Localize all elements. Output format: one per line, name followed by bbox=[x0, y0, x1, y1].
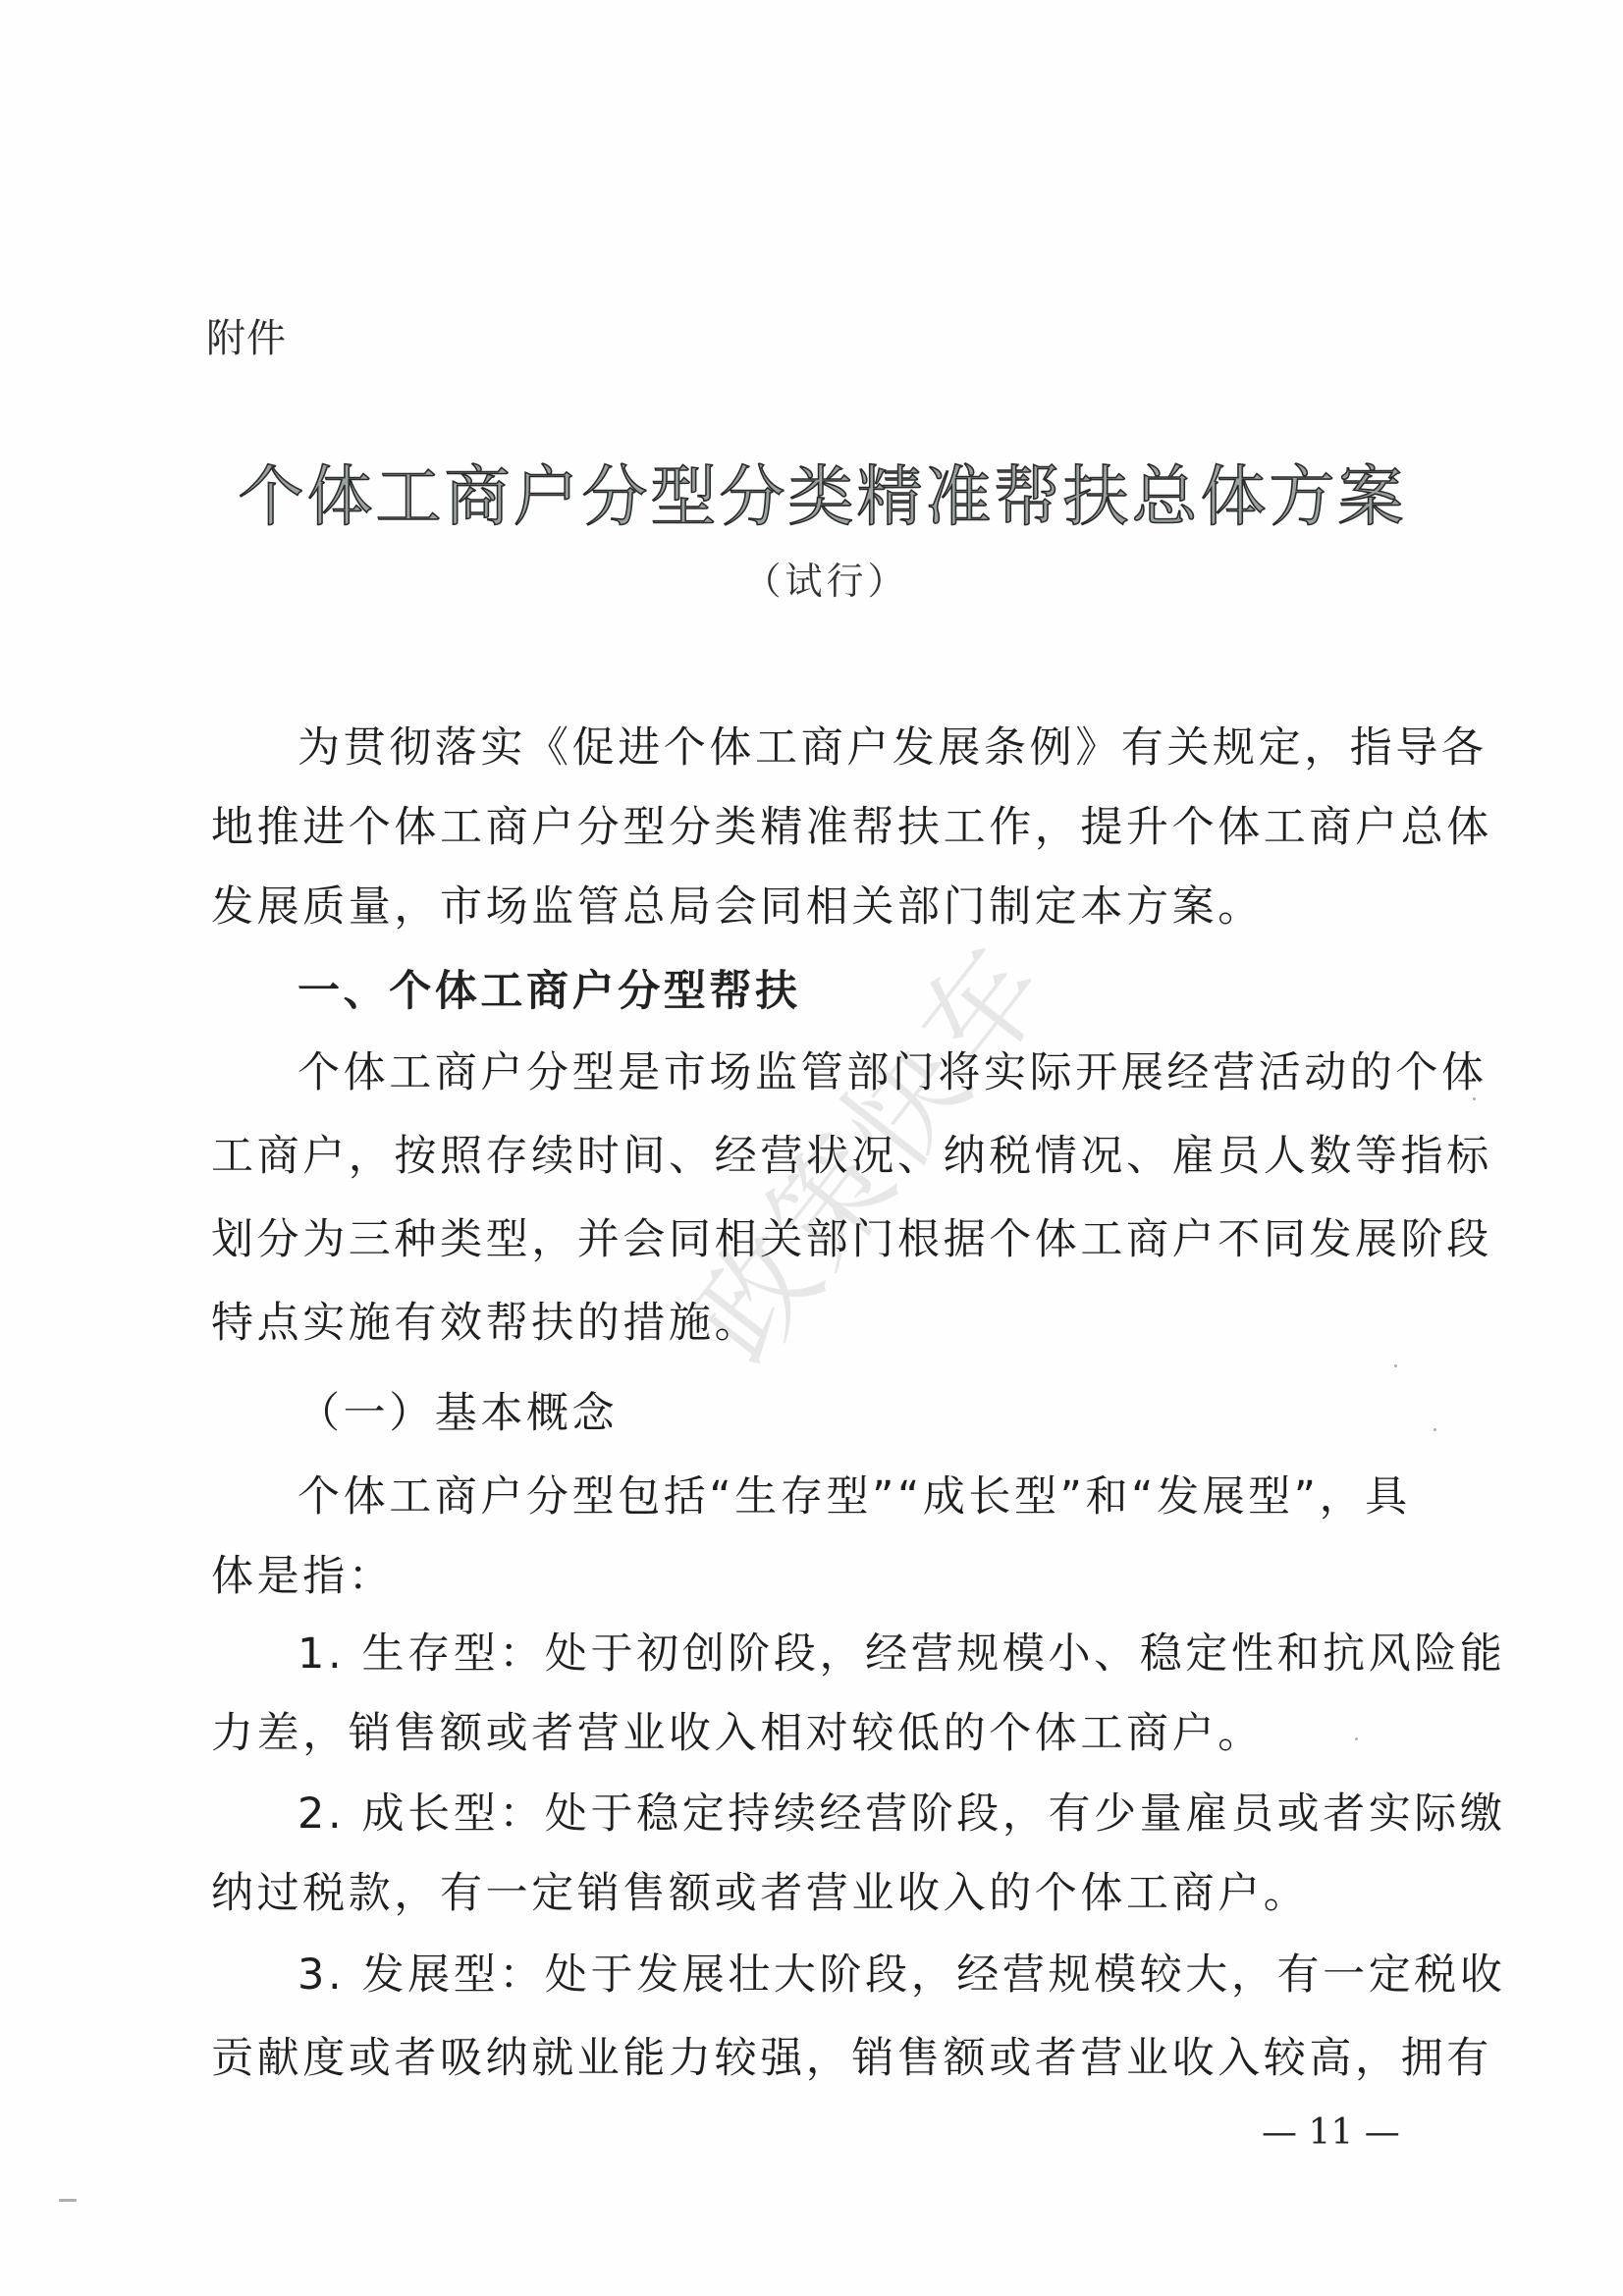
list-item-survival-type: 1. 生存型：处于初创阶段，经营规模小、稳定性和抗风险能 力差，销售额或者营业收… bbox=[211, 1615, 1458, 1774]
page-number: — 11 — bbox=[1262, 2112, 1400, 2154]
attachment-label: 附件 bbox=[206, 316, 287, 361]
text-line: 地推进个体工商户分型分类精准帮扶工作，提升个体工商户总体 bbox=[211, 788, 1458, 868]
section-1-heading: 一、个体工商户分型帮扶 bbox=[211, 952, 1458, 1032]
text-line: 划分为三种类型，并会同相关部门根据个体工商户不同发展阶段 bbox=[211, 1199, 1458, 1282]
text-line: 发展质量，市场监管总局会同相关部门制定本方案。 bbox=[211, 868, 1458, 947]
scan-speck bbox=[1473, 1097, 1476, 1100]
text-line: 力差，销售额或者营业收入相对较低的个体工商户。 bbox=[211, 1694, 1458, 1774]
intro-paragraph: 为贯彻落实《促进个体工商户发展条例》有关规定，指导各 地推进个体工商户分型分类精… bbox=[211, 709, 1458, 947]
document-subtitle: （试行） bbox=[0, 558, 1623, 605]
document-page: 政策快车 附件 个体工商户分型分类精准帮扶总体方案 （试行） 为贯彻落实《促进个… bbox=[0, 0, 1623, 2296]
text-line: 贡献度或者吸纳就业能力较强，销售额或者营业收入较高，拥有 bbox=[211, 2017, 1458, 2101]
text-line: 个体工商户分型是市场监管部门将实际开展经营活动的个体 bbox=[211, 1032, 1458, 1115]
list-item-development-type: 3. 发展型：处于发展壮大阶段，经营规模较大，有一定税收 贡献度或者吸纳就业能力… bbox=[211, 1934, 1458, 2101]
text-line: 特点实施有效帮扶的措施。 bbox=[211, 1282, 1458, 1365]
scan-speck bbox=[1355, 1737, 1358, 1740]
text-line: 3. 发展型：处于发展壮大阶段，经营规模较大，有一定税收 bbox=[211, 1934, 1458, 2017]
subsection-heading: （一）基本概念 bbox=[211, 1374, 1458, 1454]
subsection-1-heading: （一）基本概念 bbox=[211, 1374, 1458, 1454]
subsection-paragraph: 个体工商户分型包括“生存型”“成长型”和“发展型”，具 体是指： bbox=[211, 1458, 1458, 1617]
text-line: 工商户，按照存续时间、经营状况、纳税情况、雇员人数等指标 bbox=[211, 1115, 1458, 1199]
scan-speck bbox=[1434, 1428, 1436, 1431]
text-line: 体是指： bbox=[211, 1537, 1458, 1617]
section-1-paragraph: 个体工商户分型是市场监管部门将实际开展经营活动的个体 工商户，按照存续时间、经营… bbox=[211, 1032, 1458, 1365]
scan-speck bbox=[1394, 1364, 1397, 1367]
text-line: 个体工商户分型包括“生存型”“成长型”和“发展型”，具 bbox=[211, 1458, 1458, 1537]
scan-speck bbox=[59, 2199, 77, 2202]
document-title: 个体工商户分型分类精准帮扶总体方案 bbox=[0, 457, 1623, 536]
text-line: 纳过税款，有一定销售额或者营业收入的个体工商户。 bbox=[211, 1854, 1458, 1934]
text-line: 2. 成长型：处于稳定持续经营阶段，有少量雇员或者实际缴 bbox=[211, 1775, 1458, 1854]
section-heading: 一、个体工商户分型帮扶 bbox=[211, 952, 1458, 1032]
list-item-growth-type: 2. 成长型：处于稳定持续经营阶段，有少量雇员或者实际缴 纳过税款，有一定销售额… bbox=[211, 1775, 1458, 1934]
text-line: 为贯彻落实《促进个体工商户发展条例》有关规定，指导各 bbox=[211, 709, 1458, 788]
text-line: 1. 生存型：处于初创阶段，经营规模小、稳定性和抗风险能 bbox=[211, 1615, 1458, 1694]
